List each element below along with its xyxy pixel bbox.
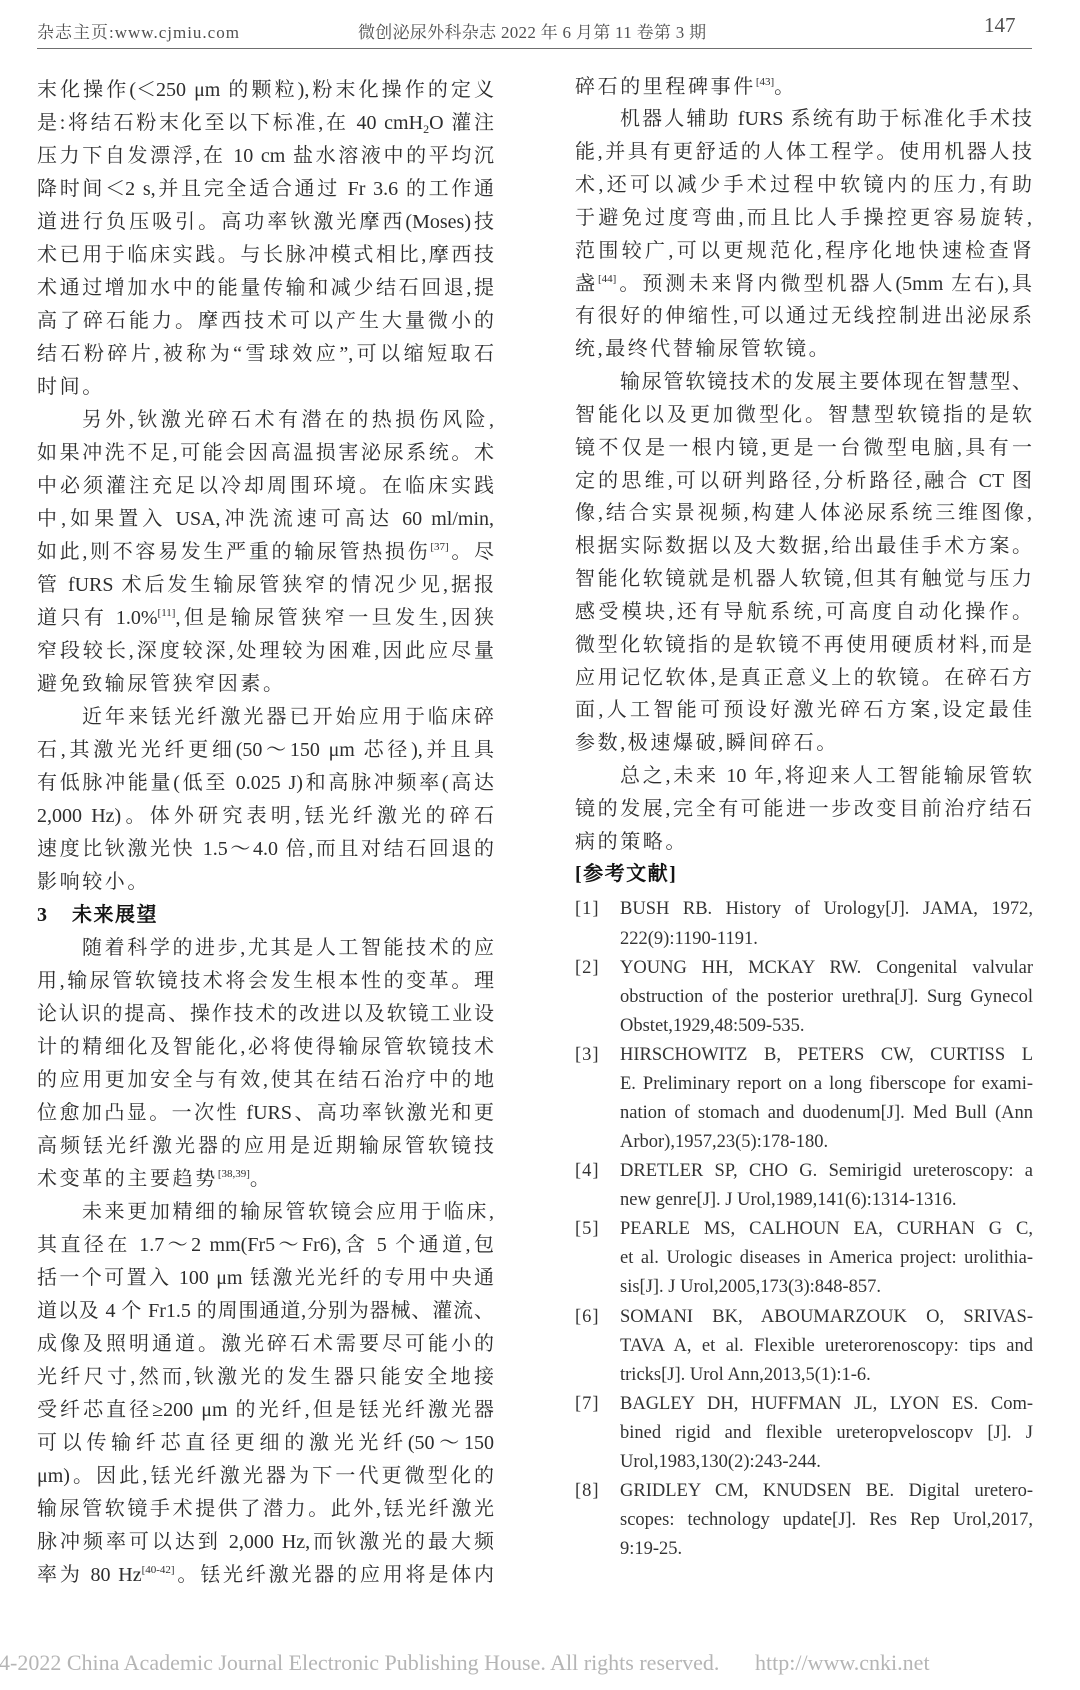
body-line: 总之,未来 10 年,将迎来人工智能输尿管软	[575, 760, 1032, 793]
reference-label: [5]	[575, 1215, 600, 1244]
right-column: 碎石的里程碑事件[43]。 机器人辅助 fURS 系统有助于标准化手术技 能,并…	[575, 71, 1032, 892]
line-text: 术变革的主要趋势	[37, 1168, 218, 1190]
body-line: 受纤芯直径≥200 μm 的光纤,但是铥光纤激光器	[37, 1394, 494, 1427]
reference-line: obstruction of the posterior urethra[J].…	[575, 983, 1033, 1012]
line-text: 碎石的里程碑事件	[575, 76, 756, 98]
body-line: 位愈加凸显。一次性 fURS、高功率钬激光和更	[37, 1097, 494, 1130]
reference-item: [8]GRIDLEY CM, KNUDSEN BE. Digital urete…	[575, 1477, 1033, 1506]
body-line: 镜不仅是一根内镜,更是一台微型电脑,具有一	[575, 432, 1032, 465]
reference-item: [6]SOMANI BK, ABOUMARZOUK O, SRIVAS-	[575, 1303, 1033, 1332]
body-line: 末化操作(＜250 μm 的颗粒),粉末化操作的定义	[37, 74, 494, 107]
journal-page: 杂志主页:www.cjmiu.com 微创泌尿外科杂志 2022 年 6 月第 …	[0, 0, 1080, 1690]
reference-text: GRIDLEY CM, KNUDSEN BE. Digital uretero-	[620, 1481, 1033, 1501]
body-line: 术已用于临床实践。与长脉冲模式相比,摩西技	[37, 239, 494, 272]
line-text: 是:将结石粉末化至以下标准,在 40 cmH	[37, 112, 423, 134]
body-line: 有低脉冲能量(低至 0.025 J)和高脉冲频率(高达	[37, 767, 494, 800]
body-line: 应用记忆软体,是真正意义上的软镜。在碎石方	[575, 662, 1032, 695]
reference-line: bined rigid and flexible ureteropvelosco…	[575, 1419, 1033, 1448]
body-line: 论认识的提高、操作技术的改进以及软镜工业设	[37, 998, 494, 1031]
citation-superscript: [37]	[430, 541, 448, 553]
body-line: 可以传输纤芯直径更细的激光光纤(50～150	[37, 1427, 494, 1460]
body-line: 术通过增加水中的能量传输和减少结石回退,提	[37, 272, 494, 305]
body-line: 计的精细化及智能化,必将使得输尿管软镜技术	[37, 1031, 494, 1064]
reference-line: nation of stomach and duodenum[J]. Med B…	[575, 1099, 1033, 1128]
reference-label: [6]	[575, 1303, 600, 1332]
body-line: 高频铥光纤激光器的应用是近期输尿管软镜技	[37, 1130, 494, 1163]
reference-item: [1]BUSH RB. History of Urology[J]. JAMA,…	[575, 895, 1033, 924]
reference-label: [2]	[575, 954, 600, 983]
line-text: 。	[250, 1168, 273, 1190]
reference-line: TAVA A, et al. Flexible ureterorenoscopy…	[575, 1332, 1033, 1361]
body-line: 盏[44]。预测未来肾内微型机器人(5mm 左右),具	[575, 268, 1032, 301]
body-line: 2,000 Hz)。体外研究表明,铥光纤激光的碎石	[37, 800, 494, 833]
reference-text: HIRSCHOWITZ B, PETERS CW, CURTISS L	[620, 1045, 1033, 1065]
body-line: 石,其激光光纤更细(50～150 μm 芯径),并且具	[37, 734, 494, 767]
reference-text: DRETLER SP, CHO G. Semirigid ureteroscop…	[620, 1161, 1033, 1181]
body-line: 另外,钬激光碎石术有潜在的热损伤风险,	[37, 404, 494, 437]
body-line: 未来更加精细的输尿管软镜会应用于临床,	[37, 1196, 494, 1229]
reference-line: scopes: technology update[J]. Res Rep Ur…	[575, 1506, 1033, 1535]
body-line: 术变革的主要趋势[38,39]。	[37, 1163, 494, 1196]
section-title: 未来展望	[72, 904, 158, 926]
references-heading: [参考文献]	[575, 858, 1032, 891]
line-text: 道只有 1.0%	[37, 607, 158, 629]
body-line: 影响较小。	[37, 866, 494, 899]
body-line: 脉冲频率可以达到 2,000 Hz,而钬激光的最大频	[37, 1526, 494, 1559]
reference-label: [7]	[575, 1390, 600, 1419]
body-line: 成像及照明通道。激光碎石术需要尽可能小的	[37, 1328, 494, 1361]
reference-line: Obstet,1929,48:509-535.	[575, 1012, 1033, 1041]
reference-line: tricks[J]. Urol Ann,2013,5(1):1-6.	[575, 1361, 1033, 1390]
journal-homepage: 杂志主页:www.cjmiu.com	[37, 21, 240, 45]
copyright-notice: 4-2022 China Academic Journal Electronic…	[0, 1648, 719, 1678]
body-line: 能,并具有更舒适的人体工程学。使用机器人技	[575, 136, 1032, 169]
body-line: 管 fURS 术后发生输尿管狭窄的情况少见,据报	[37, 569, 494, 602]
body-line: 道进行负压吸引。高功率钬激光摩西(Moses)技	[37, 206, 494, 239]
body-line: 率为 80 Hz[40-42]。铥光纤激光器的应用将是体内	[37, 1559, 494, 1592]
footer-url: http://www.cnki.net	[755, 1648, 930, 1678]
reference-item: [3]HIRSCHOWITZ B, PETERS CW, CURTISS L	[575, 1041, 1033, 1070]
line-text: 盏	[575, 273, 598, 295]
body-line: 降时间＜2 s,并且完全适合通过 Fr 3.6 的工作通	[37, 173, 494, 206]
line-text: 率为 80 Hz	[37, 1564, 142, 1586]
body-line: 统,最终代替输尿管软镜。	[575, 333, 1032, 366]
left-column: 末化操作(＜250 μm 的颗粒),粉末化操作的定义 是:将结石粉末化至以下标准…	[37, 74, 494, 1592]
body-line: 根据实际数据以及大数据,给出最佳手术方案。	[575, 530, 1032, 563]
citation-superscript: [11]	[158, 607, 176, 619]
section-number: 3	[37, 899, 72, 932]
citation-superscript: [44]	[598, 273, 616, 285]
body-line: 参数,极速爆破,瞬间碎石。	[575, 727, 1032, 760]
line-text: 。尽	[449, 541, 494, 563]
body-line: 碎石的里程碑事件[43]。	[575, 71, 1032, 104]
body-line: 道以及 4 个 Fr1.5 的周围通道,分别为器械、灌流、	[37, 1295, 494, 1328]
reference-line: Urol,1983,130(2):243-244.	[575, 1448, 1033, 1477]
body-line: 感受模块,还有导航系统,可高度自动化操作。	[575, 596, 1032, 629]
reference-item: [5]PEARLE MS, CALHOUN EA, CURHAN G C,	[575, 1215, 1033, 1244]
body-line: 智能化软镜就是机器人软镜,但其有触觉与压力	[575, 563, 1032, 596]
body-line: 压力下自发漂浮,在 10 cm 盐水溶液中的平均沉	[37, 140, 494, 173]
reference-label: [4]	[575, 1157, 600, 1186]
body-line: 避免致输尿管狭窄因素。	[37, 668, 494, 701]
body-line: 是:将结石粉末化至以下标准,在 40 cmH2O 灌注	[37, 107, 494, 140]
body-line: 窄段较长,深度较深,处理较为困难,因此应尽量	[37, 635, 494, 668]
header-rule	[37, 48, 1032, 50]
reference-list: [1]BUSH RB. History of Urology[J]. JAMA,…	[575, 895, 1033, 1564]
reference-text: SOMANI BK, ABOUMARZOUK O, SRIVAS-	[620, 1307, 1033, 1327]
reference-label: [3]	[575, 1041, 600, 1070]
journal-issue: 微创泌尿外科杂志 2022 年 6 月第 11 卷第 3 期	[358, 21, 706, 45]
body-line: 定的思维,可以研判路径,分析路径,融合 CT 图	[575, 465, 1032, 498]
body-line: 其直径在 1.7～2 mm(Fr5～Fr6),含 5 个通道,包	[37, 1229, 494, 1262]
body-line: 范围较广,可以更规范化,程序化地快速检查肾	[575, 235, 1032, 268]
body-line: 术,还可以减少手术过程中软镜内的压力,有助	[575, 169, 1032, 202]
body-line: 于避免过度弯曲,而且比人手操控更容易旋转,	[575, 202, 1032, 235]
body-line: 中,如果置入 USA,冲洗流速可高达 60 ml/min,	[37, 503, 494, 536]
line-text: O 灌注	[429, 112, 494, 134]
reference-line: E. Preliminary report on a long fibersco…	[575, 1070, 1033, 1099]
citation-superscript: [38,39]	[218, 1168, 250, 1180]
body-line: 如果冲洗不足,可能会因高温损害泌尿系统。术	[37, 437, 494, 470]
reference-item: [2]YOUNG HH, MCKAY RW. Congenital valvul…	[575, 954, 1033, 983]
body-line: 镜的发展,完全有可能进一步改变目前治疗结石	[575, 793, 1032, 826]
body-line: 的应用更加安全与有效,使其在结石治疗中的地	[37, 1064, 494, 1097]
citation-superscript: [40-42]	[142, 1564, 175, 1576]
reference-item: [7]BAGLEY DH, HUFFMAN JL, LYON ES. Com-	[575, 1390, 1033, 1419]
reference-label: [1]	[575, 895, 600, 924]
body-line: 用,输尿管软镜技术将会发生根本性的变革。理	[37, 965, 494, 998]
body-line: 结石粉碎片,被称为“雪球效应”,可以缩短取石	[37, 338, 494, 371]
page-number: 147	[984, 13, 1016, 37]
body-line: 病的策略。	[575, 826, 1032, 859]
body-line: 微型化软镜指的是软镜不再使用硬质材料,而是	[575, 629, 1032, 662]
citation-superscript: [43]	[756, 76, 774, 88]
body-line: 速度比钬激光快 1.5～4.0 倍,而且对结石回退的	[37, 833, 494, 866]
section-heading: 3未来展望	[37, 899, 494, 932]
body-line: 有很好的伸缩性,可以通过无线控制进出泌尿系	[575, 300, 1032, 333]
reference-text: BUSH RB. History of Urology[J]. JAMA, 19…	[620, 899, 1033, 919]
body-line: 近年来铥光纤激光器已开始应用于临床碎	[37, 701, 494, 734]
line-text: ,但是输尿管狭窄一旦发生,因狭	[175, 607, 494, 629]
body-line: 智能化以及更加微型化。智慧型软镜指的是软	[575, 399, 1032, 432]
reference-line: 9:19-25.	[575, 1535, 1033, 1564]
body-line: 时间。	[37, 371, 494, 404]
reference-line: new genre[J]. J Urol,1989,141(6):1314-13…	[575, 1186, 1033, 1215]
body-line: 输尿管软镜手术提供了潜力。此外,铥光纤激光	[37, 1493, 494, 1526]
body-line: 括一个可置入 100 μm 铥激光光纤的专用中央通	[37, 1262, 494, 1295]
body-line: 输尿管软镜技术的发展主要体现在智慧型、	[575, 366, 1032, 399]
body-line: 像,结合实景视频,构建人体泌尿系统三维图像,	[575, 497, 1032, 530]
body-line: 随着科学的进步,尤其是人工智能技术的应	[37, 932, 494, 965]
line-text: 如此,则不容易发生严重的输尿管热损伤	[37, 541, 430, 563]
body-line: 光纤尺寸,然而,钬激光的发生器只能安全地接	[37, 1361, 494, 1394]
reference-line: Arbor),1957,23(5):178-180.	[575, 1128, 1033, 1157]
reference-label: [8]	[575, 1477, 600, 1506]
body-line: 高了碎石能力。摩西技术可以产生大量微小的	[37, 305, 494, 338]
reference-text: BAGLEY DH, HUFFMAN JL, LYON ES. Com-	[620, 1394, 1033, 1414]
line-text: 。铥光纤激光器的应用将是体内	[175, 1564, 494, 1586]
body-line: 机器人辅助 fURS 系统有助于标准化手术技	[575, 103, 1032, 136]
body-line: 面,人工智能可预设好激光碎石方案,设定最佳	[575, 694, 1032, 727]
reference-text: YOUNG HH, MCKAY RW. Congenital valvular	[620, 958, 1033, 978]
references-heading-text: [参考文献]	[575, 863, 677, 885]
reference-item: [4]DRETLER SP, CHO G. Semirigid ureteros…	[575, 1157, 1033, 1186]
line-text: 。预测未来肾内微型机器人(5mm 左右),具	[616, 273, 1032, 295]
reference-line: 222(9):1190-1191.	[575, 925, 1033, 954]
reference-line: sis[J]. J Urol,2005,173(3):848-857.	[575, 1273, 1033, 1302]
body-line: 如此,则不容易发生严重的输尿管热损伤[37]。尽	[37, 536, 494, 569]
line-text: 。	[774, 76, 797, 98]
reference-line: et al. Urologic diseases in America proj…	[575, 1244, 1033, 1273]
body-line: 道只有 1.0%[11],但是输尿管狭窄一旦发生,因狭	[37, 602, 494, 635]
reference-text: PEARLE MS, CALHOUN EA, CURHAN G C,	[620, 1219, 1033, 1239]
body-line: μm)。因此,铥光纤激光器为下一代更微型化的	[37, 1460, 494, 1493]
body-line: 中必须灌注充足以冷却周围环境。在临床实践	[37, 470, 494, 503]
